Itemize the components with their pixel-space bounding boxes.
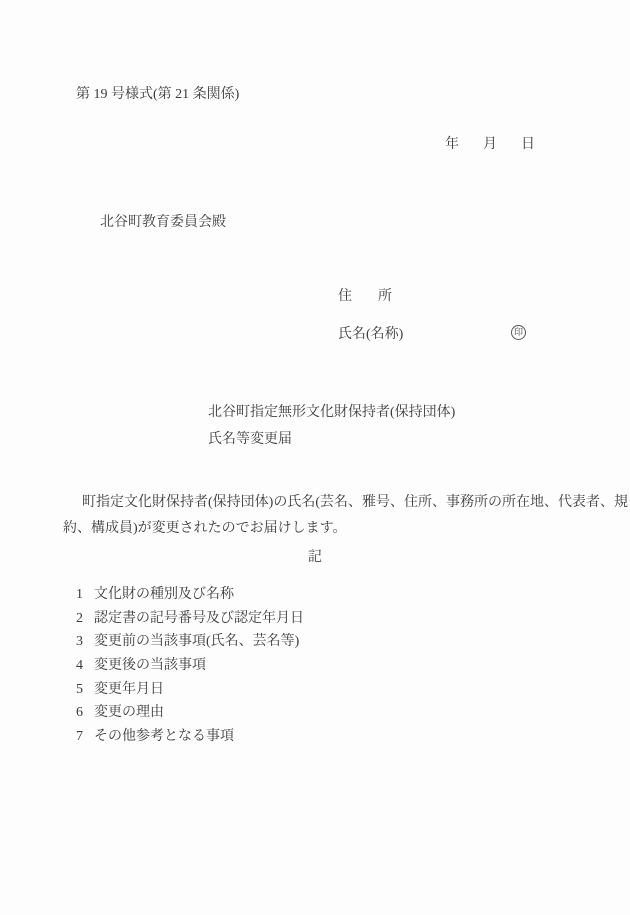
record-marker: 記: [63, 551, 567, 565]
item-number: 6: [76, 706, 94, 720]
address-label-part2: 所: [378, 290, 392, 304]
item-number: 4: [76, 659, 94, 673]
item-label: 変更の理由: [94, 706, 164, 720]
item-label: 文化財の種別及び名称: [94, 588, 234, 602]
item-number: 3: [76, 635, 94, 649]
date-year-label: 年: [445, 138, 459, 152]
list-item: 4 変更後の当該事項: [76, 654, 304, 678]
form-page: 第 19 号様式(第 21 条関係) 年 月 日 北谷町教育委員会殿 住 所 氏…: [0, 0, 630, 915]
body-paragraph-line2: 約、構成員)が変更されたのでお届けします。: [63, 516, 628, 542]
item-number: 2: [76, 612, 94, 626]
item-number: 5: [76, 683, 94, 697]
item-number: 1: [76, 588, 94, 602]
date-day-label: 日: [521, 138, 535, 152]
document-title-line2: 氏名等変更届: [208, 433, 292, 447]
list-item: 7 その他参考となる事項: [76, 725, 304, 749]
item-label: 変更後の当該事項: [94, 659, 206, 673]
body-paragraph-line1: 町指定文化財保持者(保持団体)の氏名(芸名、雅号、住所、事務所の所在地、代表者、…: [63, 490, 628, 516]
list-item: 2 認定書の記号番号及び認定年月日: [76, 607, 304, 631]
item-label: その他参考となる事項: [94, 730, 234, 744]
list-item: 5 変更年月日: [76, 678, 304, 702]
addressee: 北谷町教育委員会殿: [100, 216, 226, 230]
list-item: 1 文化財の種別及び名称: [76, 583, 304, 607]
item-label: 認定書の記号番号及び認定年月日: [94, 612, 304, 626]
body-paragraph: 町指定文化財保持者(保持団体)の氏名(芸名、雅号、住所、事務所の所在地、代表者、…: [63, 490, 628, 542]
list-item: 6 変更の理由: [76, 701, 304, 725]
name-label: 氏名(名称): [338, 328, 403, 342]
item-list: 1 文化財の種別及び名称 2 認定書の記号番号及び認定年月日 3 変更前の当該事…: [76, 583, 304, 749]
list-item: 3 変更前の当該事項(氏名、芸名等): [76, 630, 304, 654]
item-label: 変更年月日: [94, 683, 164, 697]
seal-mark-icon: 印: [511, 325, 526, 340]
form-number: 第 19 号様式(第 21 条関係): [76, 88, 239, 102]
date-month-label: 月: [483, 138, 497, 152]
item-label: 変更前の当該事項(氏名、芸名等): [94, 635, 299, 649]
item-number: 7: [76, 730, 94, 744]
date-line: 年 月 日: [445, 138, 535, 152]
document-title-line1: 北谷町指定無形文化財保持者(保持団体): [208, 406, 455, 420]
address-label-part1: 住: [338, 290, 352, 304]
address-label: 住 所: [338, 290, 392, 304]
